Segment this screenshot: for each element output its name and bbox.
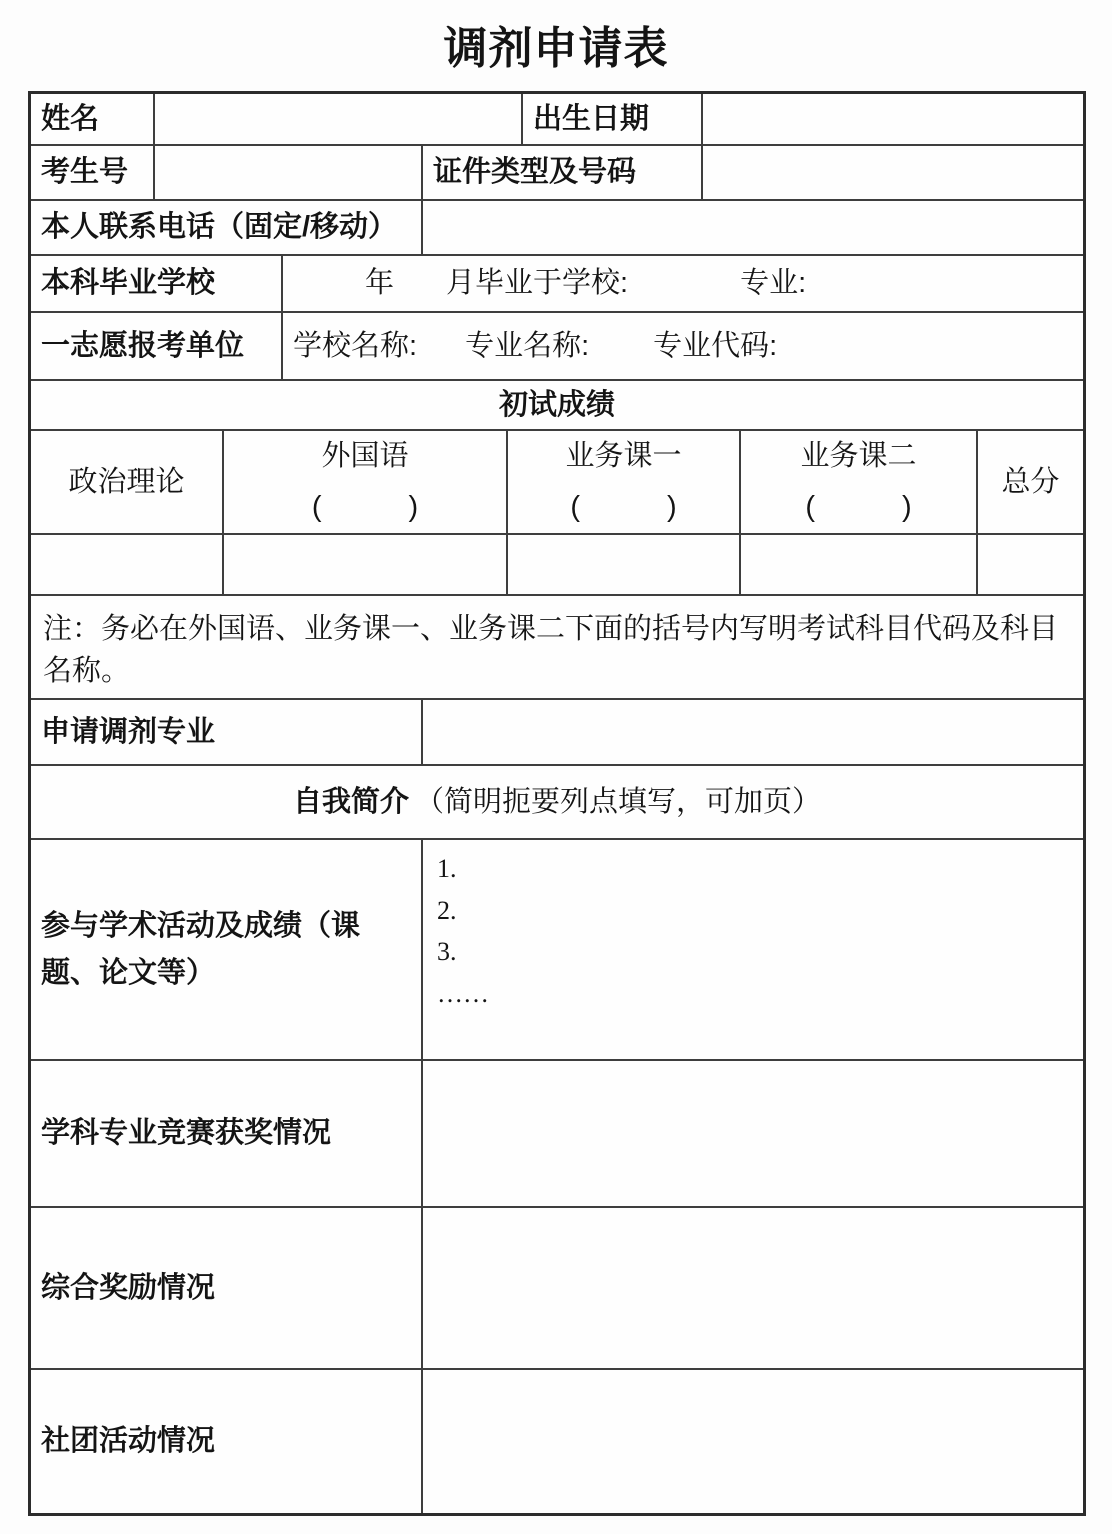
first-choice-major-label: 专业名称: bbox=[465, 328, 589, 364]
academic-activities-label: 参与学术活动及成绩（课题、论文等） bbox=[31, 840, 423, 1059]
club-activities-input-cell[interactable] bbox=[423, 1370, 1083, 1513]
competition-awards-input-cell[interactable] bbox=[423, 1061, 1083, 1206]
row-name-birthdate: 姓名 出生日期 bbox=[31, 94, 1083, 146]
row-phone: 本人联系电话（固定/移动） bbox=[31, 201, 1083, 256]
foreign-language-score-cell[interactable] bbox=[224, 535, 508, 594]
academic-activities-input-cell[interactable]: 1. 2. 3. …… bbox=[423, 840, 1083, 1059]
first-choice-input-cell[interactable]: 学校名称: 专业名称: 专业代码: bbox=[283, 313, 1083, 379]
foreign-language-column: 外国语 ( ) bbox=[224, 431, 508, 533]
row-academic-activities: 参与学术活动及成绩（课题、论文等） 1. 2. 3. …… bbox=[31, 840, 1083, 1061]
row-score-columns: 政治理论 外国语 ( ) 业务课一 ( ) 业务课二 ( ) 总分 bbox=[31, 431, 1083, 535]
list-item-1: 1. bbox=[437, 848, 1069, 890]
row-note: 注：务必在外国语、业务课一、业务课二下面的括号内写明考试科目代码及科目名称。 bbox=[31, 596, 1083, 700]
page-title: 调剂申请表 bbox=[0, 12, 1112, 76]
scores-note: 注：务必在外国语、业务课一、业务课二下面的括号内写明考试科目代码及科目名称。 bbox=[31, 596, 1083, 698]
id-type-input-cell[interactable] bbox=[703, 146, 1083, 199]
birth-date-input-cell[interactable] bbox=[703, 94, 1083, 144]
name-input-cell[interactable] bbox=[155, 94, 523, 144]
list-item-3: 3. bbox=[437, 931, 1069, 973]
first-choice-label: 一志愿报考单位 bbox=[31, 313, 283, 379]
list-item-ellipsis: …… bbox=[437, 973, 1069, 1015]
undergrad-gradfrom-label: 月毕业于学校: bbox=[446, 265, 628, 301]
course1-column: 业务课一 ( ) bbox=[508, 431, 741, 533]
row-undergrad-school: 本科毕业学校 年 月毕业于学校: 专业: bbox=[31, 256, 1083, 313]
self-intro-hint: （简明扼要列点填写，可加页） bbox=[415, 784, 821, 820]
list-item-2: 2. bbox=[437, 890, 1069, 932]
row-scores-header: 初试成绩 bbox=[31, 381, 1083, 431]
course2-column: 业务课二 ( ) bbox=[741, 431, 978, 533]
row-comprehensive-awards: 综合奖励情况 bbox=[31, 1208, 1083, 1370]
id-type-label: 证件类型及号码 bbox=[423, 146, 703, 199]
row-candidate-id: 考生号 证件类型及号码 bbox=[31, 146, 1083, 201]
course2-paren[interactable]: ( ) bbox=[805, 482, 911, 533]
row-transfer-major: 申请调剂专业 bbox=[31, 700, 1083, 766]
candidate-no-input-cell[interactable] bbox=[155, 146, 423, 199]
candidate-no-label: 考生号 bbox=[31, 146, 155, 199]
course1-paren[interactable]: ( ) bbox=[570, 482, 676, 533]
transfer-major-input-cell[interactable] bbox=[423, 700, 1083, 764]
self-intro-title: 自我简介 bbox=[293, 784, 409, 820]
row-self-intro: 自我简介 （简明扼要列点填写，可加页） bbox=[31, 766, 1083, 840]
form-page: 调剂申请表 姓名 出生日期 考生号 证件类型及号码 本人联系电话（固定/移动） … bbox=[0, 0, 1112, 1534]
politics-score-cell[interactable] bbox=[31, 535, 224, 594]
row-score-values bbox=[31, 535, 1083, 596]
total-column-label: 总分 bbox=[978, 431, 1083, 533]
course2-label: 业务课二 bbox=[800, 431, 916, 482]
first-choice-school-label: 学校名称: bbox=[293, 328, 417, 364]
club-activities-label: 社团活动情况 bbox=[31, 1370, 423, 1513]
comprehensive-awards-input-cell[interactable] bbox=[423, 1208, 1083, 1368]
first-choice-code-label: 专业代码: bbox=[653, 328, 777, 364]
application-form-table: 姓名 出生日期 考生号 证件类型及号码 本人联系电话（固定/移动） 本科毕业学校… bbox=[28, 91, 1086, 1516]
undergrad-year-label: 年 bbox=[365, 265, 394, 301]
scores-header: 初试成绩 bbox=[31, 381, 1083, 429]
course1-score-cell[interactable] bbox=[508, 535, 741, 594]
undergrad-school-input-cell[interactable]: 年 月毕业于学校: 专业: bbox=[283, 256, 1083, 311]
politics-column-label: 政治理论 bbox=[31, 431, 224, 533]
phone-input-cell[interactable] bbox=[423, 201, 1083, 254]
course2-score-cell[interactable] bbox=[741, 535, 978, 594]
undergrad-major-label: 专业: bbox=[740, 265, 806, 301]
row-first-choice: 一志愿报考单位 学校名称: 专业名称: 专业代码: bbox=[31, 313, 1083, 381]
course1-label: 业务课一 bbox=[565, 431, 681, 482]
phone-label: 本人联系电话（固定/移动） bbox=[31, 201, 423, 254]
total-score-cell[interactable] bbox=[978, 535, 1083, 594]
comprehensive-awards-label: 综合奖励情况 bbox=[31, 1208, 423, 1368]
row-club-activities: 社团活动情况 bbox=[31, 1370, 1083, 1513]
name-label: 姓名 bbox=[31, 94, 155, 144]
row-competition-awards: 学科专业竞赛获奖情况 bbox=[31, 1061, 1083, 1208]
self-intro-header: 自我简介 （简明扼要列点填写，可加页） bbox=[31, 766, 1083, 838]
competition-awards-label: 学科专业竞赛获奖情况 bbox=[31, 1061, 423, 1206]
transfer-major-label: 申请调剂专业 bbox=[31, 700, 423, 764]
foreign-language-label: 外国语 bbox=[321, 431, 408, 482]
birth-date-label: 出生日期 bbox=[523, 94, 703, 144]
undergrad-school-label: 本科毕业学校 bbox=[31, 256, 283, 311]
foreign-language-paren[interactable]: ( ) bbox=[312, 482, 418, 533]
